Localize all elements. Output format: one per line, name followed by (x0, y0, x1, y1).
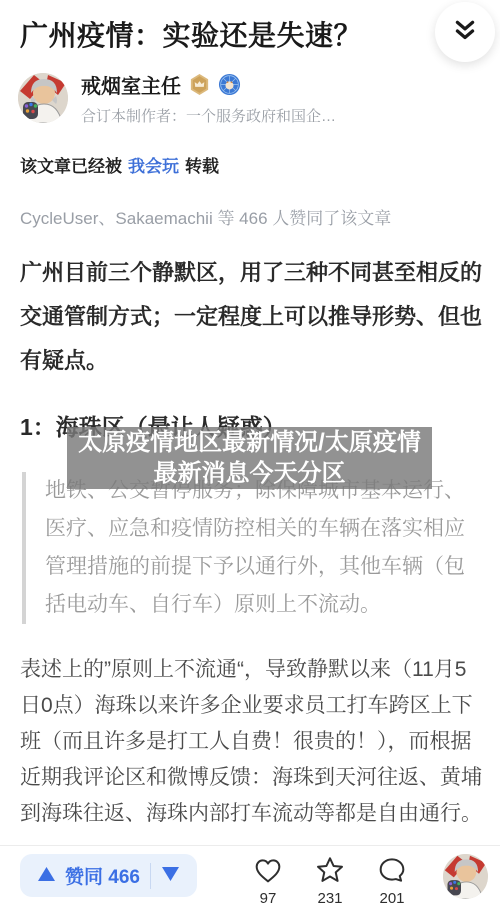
author-row: 戒烟室主任 (0, 54, 500, 126)
bottom-bar-avatar[interactable] (443, 854, 488, 899)
author-name[interactable]: 戒烟室主任 (81, 70, 181, 99)
triangle-up-icon (38, 865, 55, 887)
repost-note: 该文章已经被我会玩转载 (0, 126, 500, 177)
downvote-button[interactable] (162, 867, 179, 884)
quote-block: 地铁、公交暂停服务；除保障城市基本运行、医疗、应急和疫情防控相关的车辆在落实相应… (22, 472, 482, 624)
heart-icon (251, 854, 285, 889)
action-group: 97 231 201 (223, 854, 437, 907)
comment-button[interactable]: 201 (375, 854, 409, 907)
gold-crown-badge-icon (188, 73, 211, 96)
article-page: 广州疫情：实验还是失速？ (0, 0, 500, 919)
like-count: 97 (260, 890, 277, 907)
vote-pill: 赞同 466 (20, 854, 197, 897)
blue-member-badge-icon (218, 73, 241, 96)
body-paragraph: 表述上的”原则上不流通“，导致静默以来（11月5日0点）海珠以来许多企业要求员工… (0, 624, 500, 832)
page-title: 广州疫情：实验还是失速？ (0, 0, 500, 54)
upvote-label: 赞同 466 (65, 862, 140, 889)
comment-count: 201 (379, 890, 404, 907)
author-info: 戒烟室主任 (81, 70, 336, 126)
bottom-action-bar: 赞同 466 97 (0, 845, 500, 919)
author-bio: 合订本制作者：一个服务政府和国企… (81, 105, 336, 126)
repost-prefix: 该文章已经被 (20, 157, 122, 176)
favorite-button[interactable]: 231 (313, 854, 347, 907)
star-icon (313, 854, 347, 889)
upvote-button[interactable]: 赞同 466 (38, 862, 140, 889)
repost-link[interactable]: 我会玩 (128, 157, 179, 176)
double-chevron-down-icon (452, 18, 478, 47)
intro-paragraph: 广州目前三个静默区，用了三种不同甚至相反的交通管制方式；一定程度上可以推导形势、… (0, 229, 500, 383)
like-button[interactable]: 97 (251, 854, 285, 907)
endorsement-line: CycleUser、Sakaemachii 等 466 人赞同了该文章 (0, 177, 500, 229)
collapse-button[interactable] (435, 2, 495, 62)
vote-divider (150, 863, 151, 889)
favorite-count: 231 (317, 890, 342, 907)
author-avatar[interactable] (18, 73, 68, 123)
watermark-overlay: 太原疫情地区最新情况/太原疫情最新消息今天分区 (67, 427, 432, 489)
repost-suffix: 转载 (185, 157, 219, 176)
triangle-down-icon (162, 867, 179, 884)
comment-bubble-icon (375, 854, 409, 889)
